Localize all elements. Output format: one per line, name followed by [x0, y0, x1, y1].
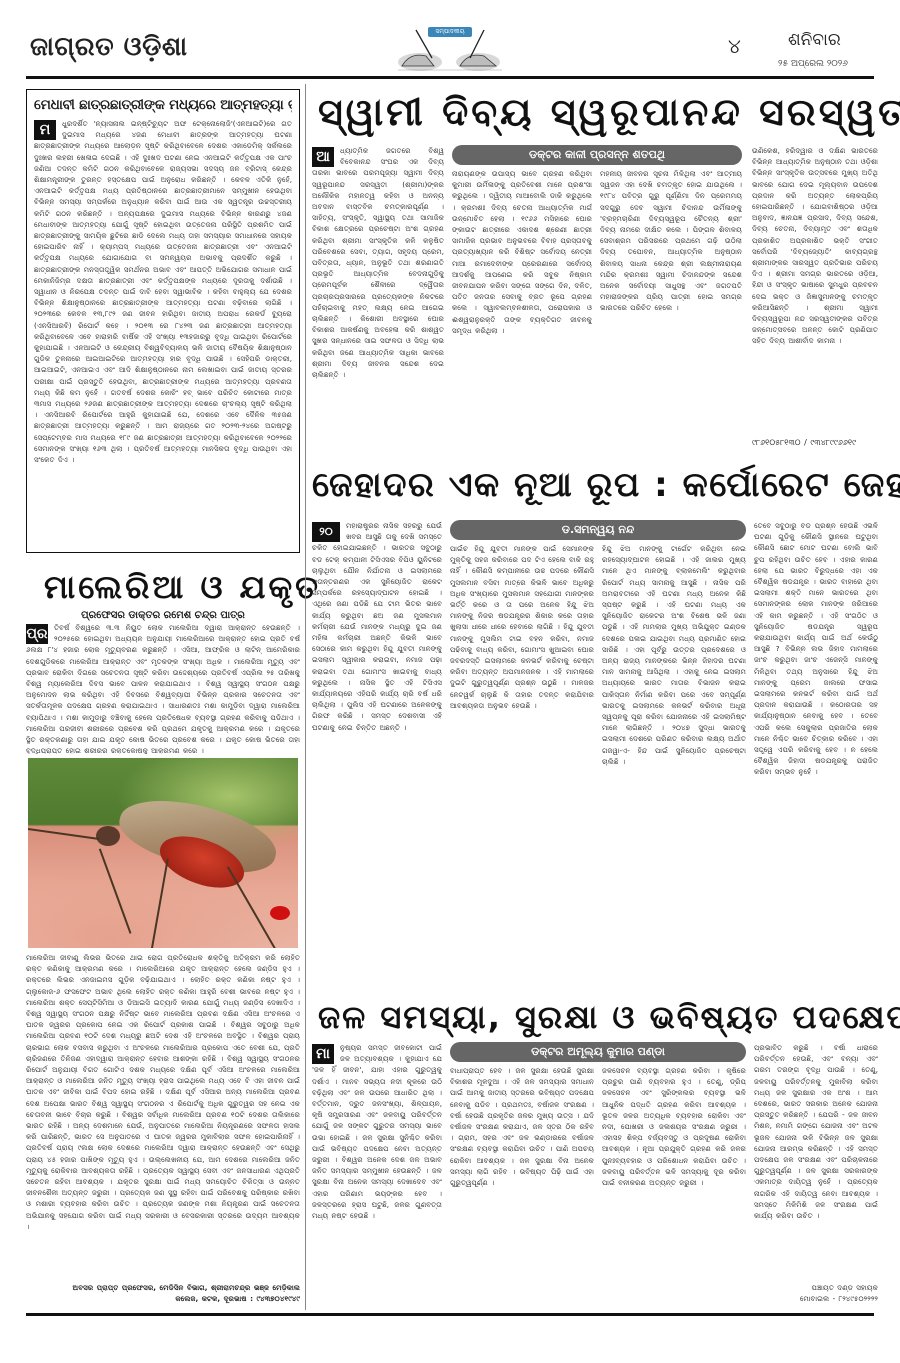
headline-jihad: ଜେହାଦର ଏକ ନୂଆ ରୂପ : କର୍ପୋରେଟ ଜେହାଦ [312, 465, 900, 505]
byline-jihad: ଡ.ସମନ୍ୱୟ ନନ୍ଦ [450, 520, 746, 540]
mosquito-head [96, 826, 120, 846]
article-jihad-col4: ତେବେ ସବୁଠାରୁ ବଡ ପ୍ରଶ୍ନ ହେଉଛି ଏଭଳି ଘଟଣା ଗ… [754, 520, 878, 990]
article-jihad-col1: ୨୦ ମହାରାଷ୍ଟ୍ରର ନାସିକ ସହରରୁ ଯେଉଁ ଖବର ଆସୁଛ… [312, 520, 442, 990]
page-number: ୪ [728, 34, 741, 58]
article-water-col2: ବାଧାପ୍ରାପ୍ତ ହେବ । ଜଳ ସୁରକ୍ଷା ହେଉଛି ସୁରକ୍… [450, 1065, 594, 1312]
editorial-logo: ସମ୍ପାଦକୀୟ [390, 22, 510, 74]
weekday: ଶନିବାର [788, 30, 841, 50]
masthead: ଜାଗ୍ରତ ଓଡ଼ିଶା ସମ୍ପାଦକୀୟ ୪ ଶନିବାର ୨୫ ଅପ୍ର… [0, 0, 900, 78]
mosquito-antenna [28, 828, 99, 840]
article-water-col3: ଜଳସେଚନ ବ୍ୟବସ୍ଥା ଗ୍ରହଣ କରିବା । କୃଷିରେ ପ୍ର… [602, 1065, 746, 1312]
blood-drop [270, 906, 290, 920]
article-malaria-top: ପ୍ର ତିବର୍ଷ ବିଶ୍ୱରେ ୩.୩ ନିୟୁତ ଲୋକ ମାଲେରିଆ… [26, 622, 300, 754]
author-signature-malaria: ଅବସର ପ୍ରାପ୍ତ ପ୍ରଫେସର, ମେଡିସିନ ବିଭାଗ, ଶ୍ର… [26, 1282, 300, 1304]
dropcap: ମା [312, 1044, 334, 1064]
headline-swami: ସ୍ୱାମୀ ଦିବ୍ୟ ସ୍ୱରୂପାନନ୍ଦ ସରସ୍ୱତୀ [318, 90, 900, 135]
dropcap: ଆ [312, 147, 334, 167]
article-swami-col2: ନାରାୟଣଙ୍କ ଉପାସ୍ୟ ଭାବେ ଗ୍ରହଣ କରିଥିବା କୁମା… [452, 168, 592, 455]
paper-name: ଜାଗ୍ରତ ଓଡ଼ିଶା [30, 32, 188, 63]
headline: ମେଧାବୀ ଛାତ୍ରଛାତ୍ରୀଙ୍କ ମଧ୍ୟରେ ଆତ୍ମହତ୍ୟା ବ… [34, 96, 292, 114]
dropcap: ୨୦ [312, 522, 340, 542]
article-water-col4: ପ୍ରଭାବିତ କରୁଛି । ବର୍ଷା ଧାରାରେ ପରିବର୍ତ୍ତନ… [754, 1042, 878, 1272]
mosquito-leg [99, 848, 131, 933]
article-body: ମ ଧୁରଦର୍ଶିତ 'ନ୍ୟାସନାଲ ଇନ୍‌ଷ୍ଟିଚ୍ୟୁଟ ଅଫ ଟ… [34, 118, 292, 542]
headline-malaria: ମାଲେରିଆ ଓ ଯକୃତ [44, 568, 321, 607]
article-jihad-col2: ପାଇଁଚ ହିନ୍ଦୁ ଯୁବତୀ ମାନଙ୍କ ପାଇଁ ସେମାନଙ୍କ … [450, 543, 594, 990]
byline-malaria: ପ୍ରଫେସର ଡାକ୍ତର ରମେଶ ଚନ୍ଦ୍ର ପାତ୍ର [26, 610, 300, 621]
issue-date: ୨୫ ଅପ୍ରେଲ ୨୦୨୬ [778, 59, 848, 69]
column-divider [305, 84, 306, 1310]
mosquito-leg [150, 859, 169, 948]
byline-swami: ଡକ୍ଟର କାଳୀ ପ୍ରସନ୍ନ ଶତପଥି [452, 145, 742, 165]
top-rule [26, 76, 874, 79]
author-signature-water: ପଞ୍ଚାୟତ ଦଣ୍ଡ ସହାୟକ ମୋବାଇଲ - ୮୨୪୯୫୦୨୨୨୨ [754, 1282, 878, 1304]
bottom-rule [26, 1313, 874, 1316]
article-swami-col3: ମହନୀୟ ଜୀବନର ସୂଚନା ମିଳିଥିଲା ଏବଂ ଆତ୍ମୀୟ ସ୍… [600, 168, 742, 455]
contact-number: ୯୮୬୧୦୫୮୧୩୦ / ୯୩୪୮୯୯୬୬୧୯ [752, 437, 878, 448]
article-swami-col1: ଆ ଧ୍ୟାତ୍ମିକ ଜଗତରେ ବିଶ୍ୱ ବିବେକାନନ୍ଦ ସଂଘର … [312, 145, 444, 455]
dropcap: ପ୍ର [26, 624, 48, 644]
logo-banner: ସମ୍ପାଦକୀୟ [428, 27, 472, 37]
headline-water: ଜଳ ସମସ୍ୟା, ସୁରକ୍ଷା ଓ ଭବିଷ୍ୟତ ପଦକ୍ଷେପ [318, 998, 900, 1037]
dropcap: ମ [34, 120, 56, 140]
mosquito-photo [28, 758, 298, 948]
article-jihad-col3: ହିନ୍ଦୁ ଝିଅ ମାନଙ୍କୁ ଟାର୍ଗେଟ କରିଥିବା ନେଇ ର… [602, 543, 746, 990]
byline-water: ଡକ୍ଟର ଅମୂଲ୍ୟ କୁମାର ପଣ୍ଡା [450, 1042, 746, 1062]
article-water-col1: ମା ନୁଷ୍ୟର ସମସ୍ତ ଜୀବକୋଟୀ ପାଇଁ ଜଳ ଅତ୍ୟାବଶ୍… [312, 1042, 442, 1312]
article-swami-col4: ଉଣିକେଶ, ହରିଦ୍ୱାର ଓ ଦକ୍ଷିଣ ଭାରତରେ ବିଭିନ୍ନ… [752, 145, 878, 455]
article-malaria-bottom: ମାଲେରିଆ ଜୀବାଣୁ ଲିଭର ଭିତରେ ଥାଇ ରୋଗ ପ୍ରତିର… [26, 952, 300, 1280]
article-student-suicide: ମେଧାବୀ ଛାତ୍ରଛାତ୍ରୀଙ୍କ ମଧ୍ୟରେ ଆତ୍ମହତ୍ୟା ବ… [26, 89, 300, 553]
